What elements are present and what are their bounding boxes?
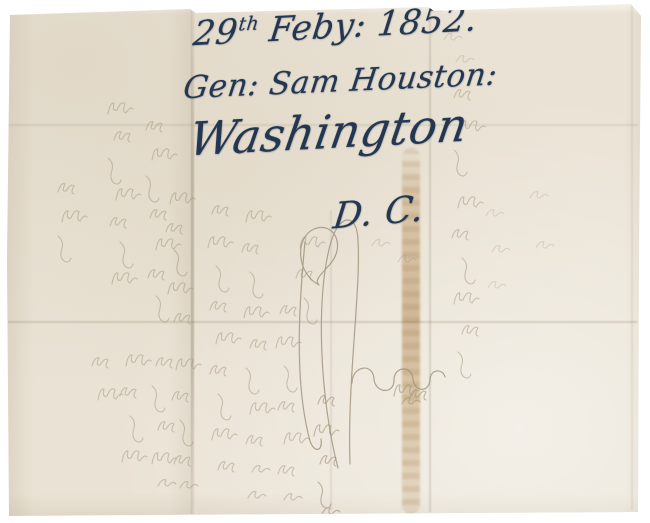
address-district-line: D. C. — [331, 188, 426, 238]
ink-address-layer: 29th Feby: 1852. Gen: Sam Houston: Washi… — [0, 0, 650, 523]
date-rest: Feby: 1852. — [256, 0, 480, 51]
address-city-line: Washington — [185, 97, 472, 166]
address-date-line: 29th Feby: 1852. — [191, 0, 480, 54]
date-day: 29 — [191, 12, 240, 55]
paper-sheet: 29th Feby: 1852. Gen: Sam Houston: Washi… — [0, 0, 650, 523]
date-ordinal-suffix: th — [237, 13, 260, 35]
photo-background: 29th Feby: 1852. Gen: Sam Houston: Washi… — [0, 0, 650, 523]
